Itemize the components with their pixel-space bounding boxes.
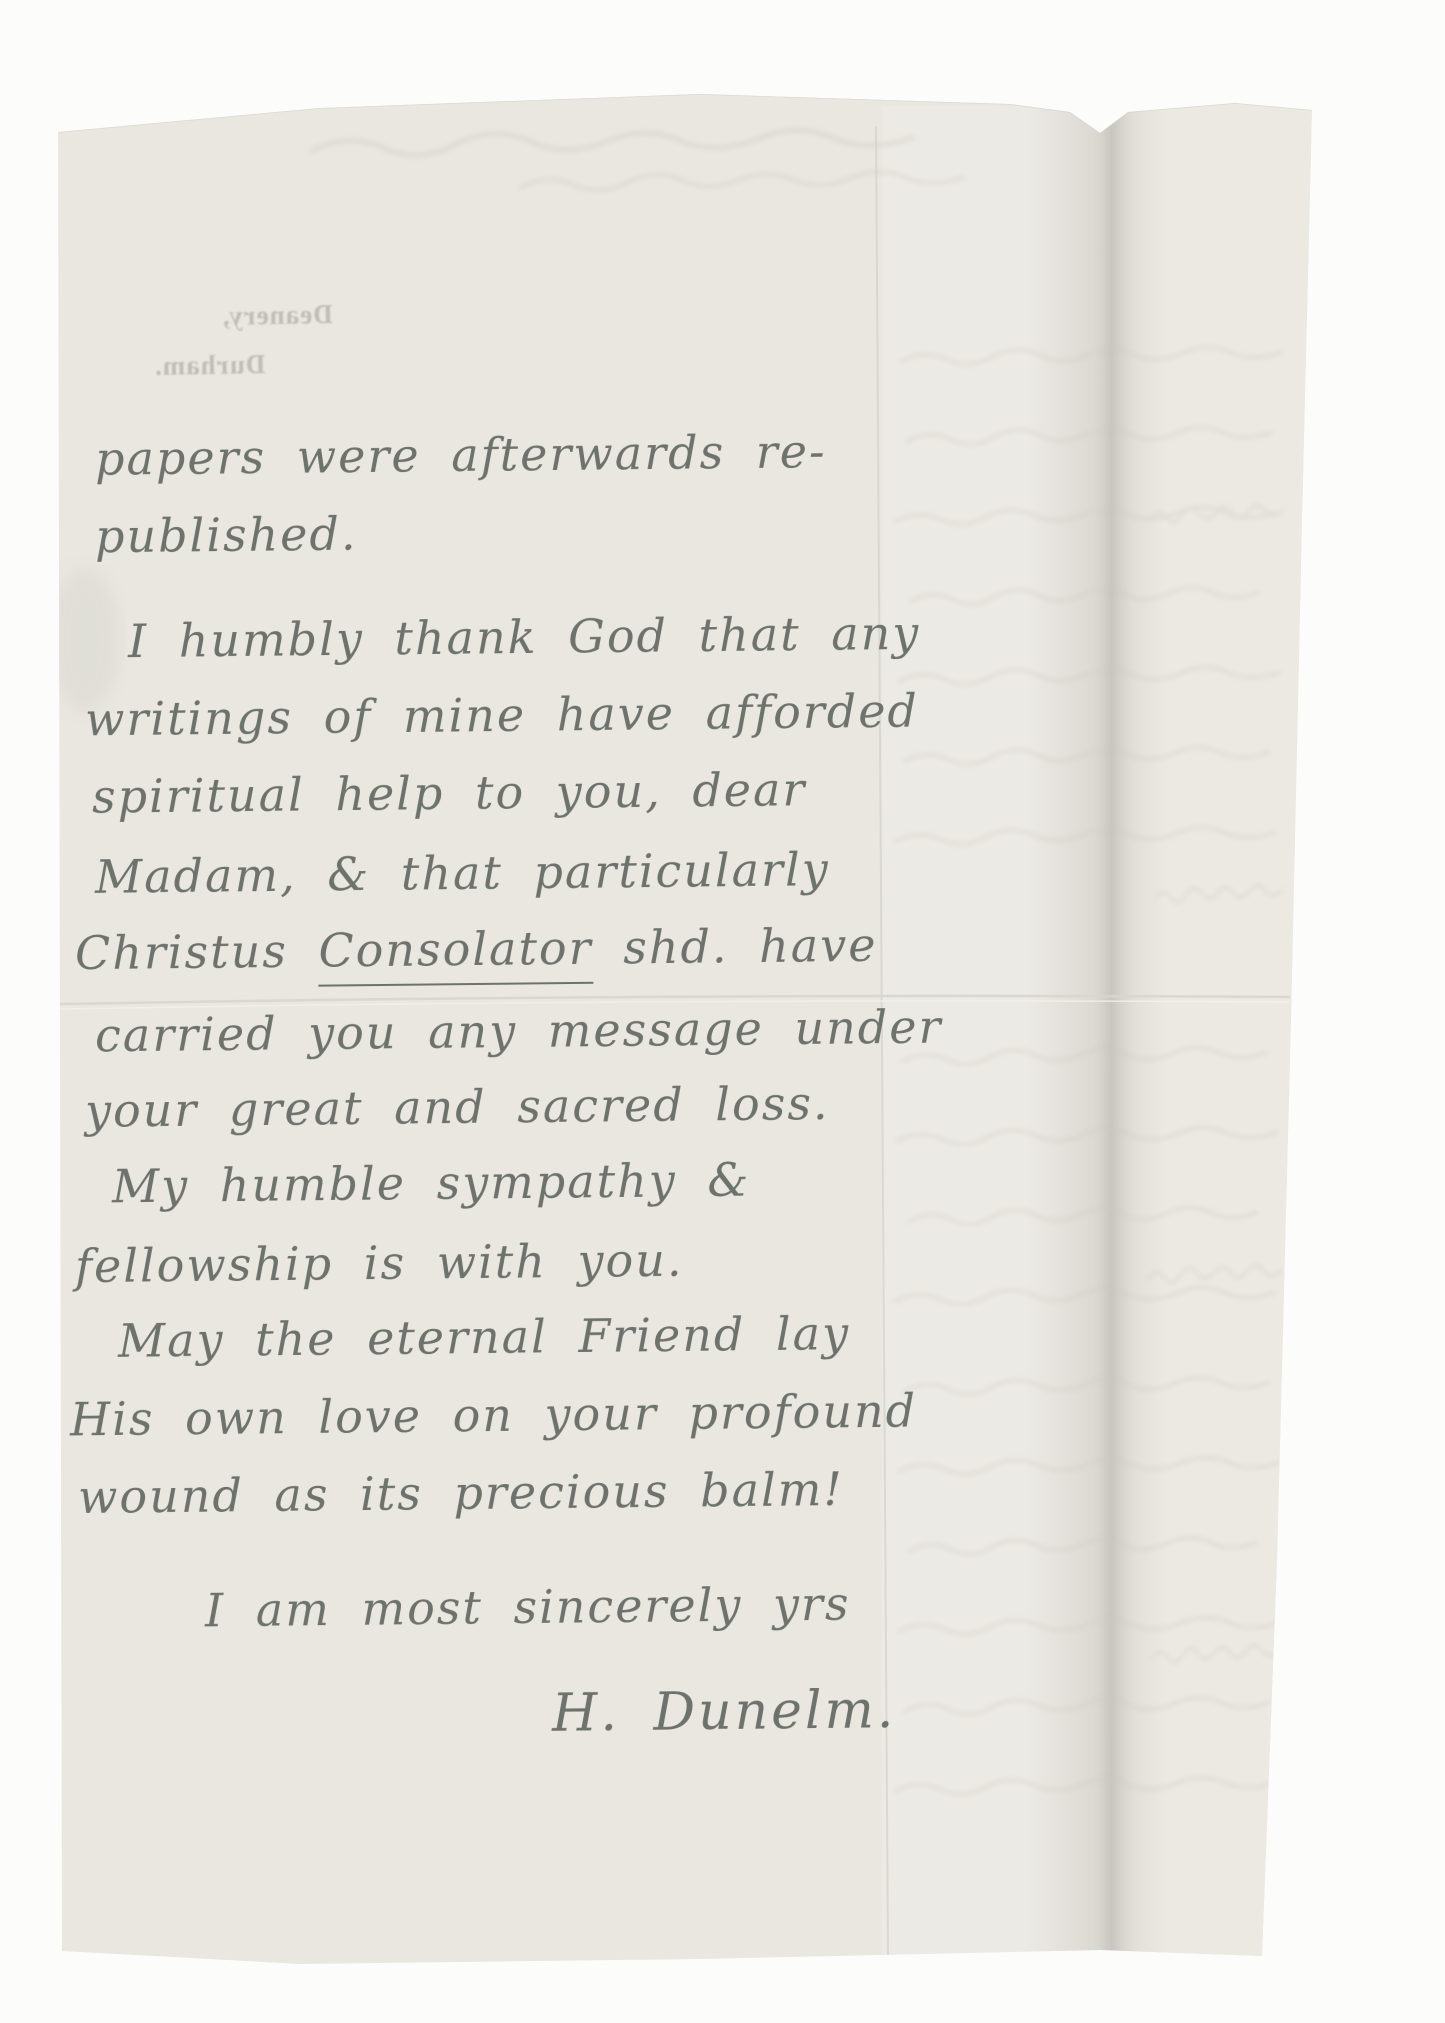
letter-line-13: His own love on your profound xyxy=(70,1384,918,1447)
letter-line-2: published. xyxy=(95,507,358,564)
letter-line-8: carried you any message under xyxy=(95,1000,943,1063)
letterhead-durham: Durham. xyxy=(154,349,266,382)
letter-line-5: spiritual help to you, dear xyxy=(92,762,807,823)
letter-line-6: Madam, & that particularly xyxy=(95,842,830,904)
underlined-word: Consolator xyxy=(318,921,593,987)
letter-line-7-post: shd. have xyxy=(592,918,877,975)
letter-line-7: Christus Consolator shd. have xyxy=(75,918,878,980)
letter-line-1: papers were afterwards re- xyxy=(95,424,827,486)
letter-line-4: writings of mine have afforded xyxy=(85,684,919,747)
spine-fold-shadow xyxy=(1025,95,1165,1960)
letter-line-3: I humbly thank God that any xyxy=(128,606,921,668)
letter-line-10: My humble sympathy & xyxy=(112,1153,751,1214)
letterhead-deanery: Deanery, xyxy=(222,299,333,332)
letter-line-12: May the eternal Friend lay xyxy=(118,1306,851,1368)
letter-line-14: wound as its precious balm! xyxy=(78,1462,844,1524)
closing-line: I am most sincerely yrs xyxy=(205,1577,851,1638)
letter-line-11: fellowship is with you. xyxy=(75,1233,684,1293)
signature: H. Dunelm. xyxy=(552,1680,897,1744)
photograph-background: Deanery, Durham. papers were afterwards … xyxy=(0,0,1445,2023)
letter-line-7-pre: Christus xyxy=(75,924,319,981)
letter-line-9: your great and sacred loss. xyxy=(85,1076,830,1138)
paper-smudge xyxy=(51,568,119,712)
